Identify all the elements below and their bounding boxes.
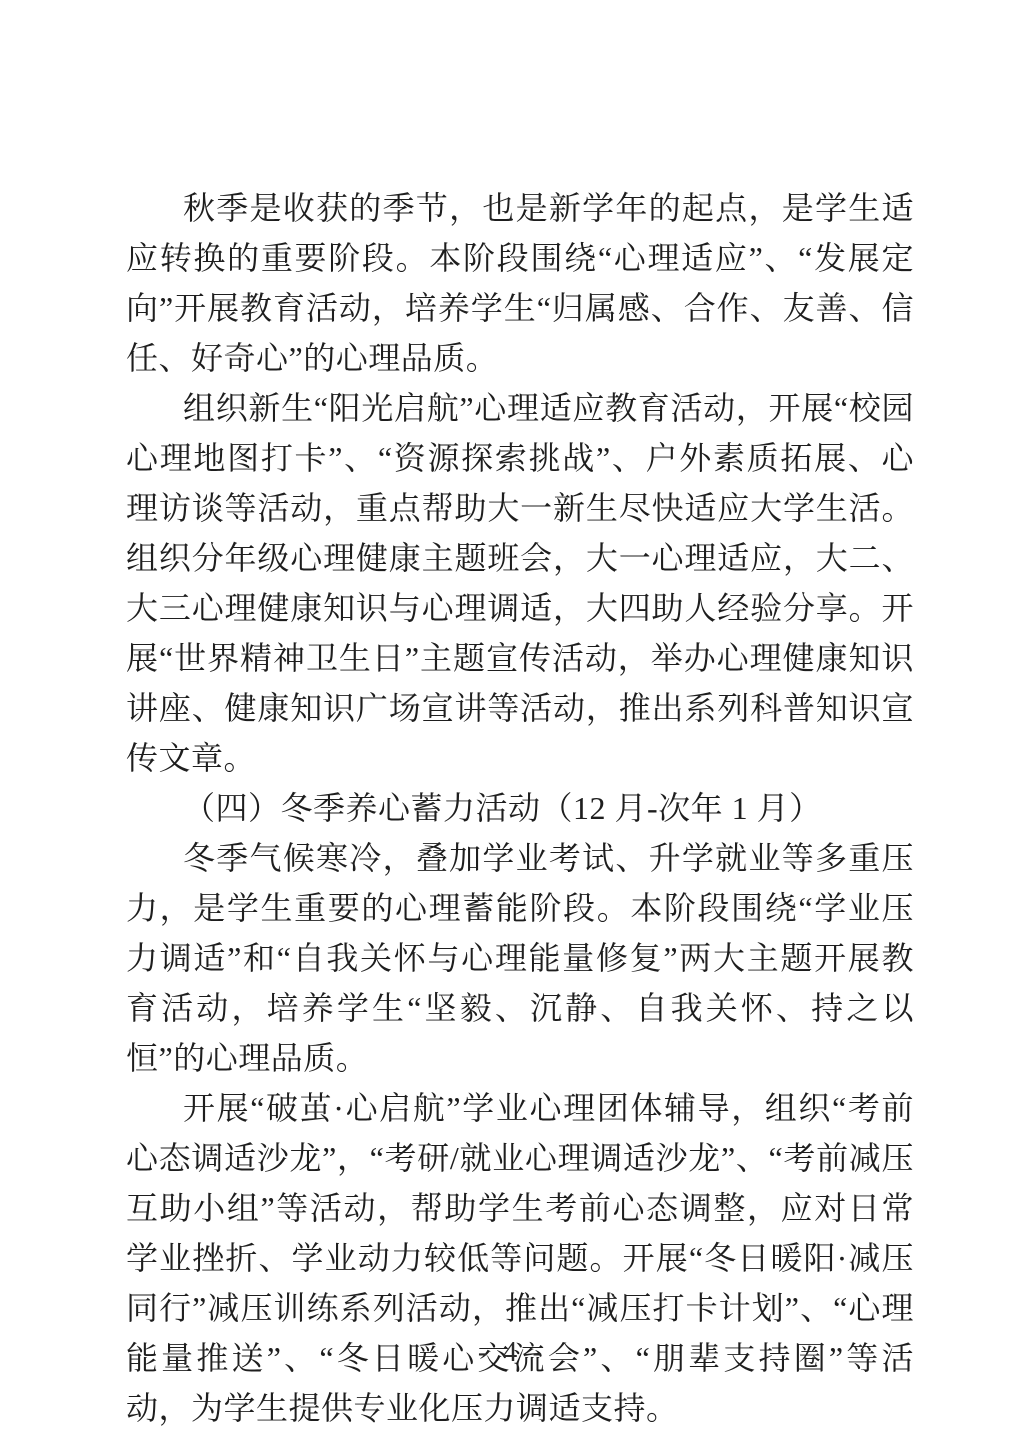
paragraph-autumn-activities: 组织新生“阳光启航”心理适应教育活动，开展“校园心理地图打卡”、“资源探索挑战”… [126, 383, 914, 783]
page-number: - 4 - [0, 1334, 1024, 1370]
section-heading-winter-activities: （四）冬季养心蓄力活动（12 月-次年 1 月） [126, 783, 914, 833]
document-body: 秋季是收获的季节，也是新学年的起点，是学生适应转换的重要阶段。本阶段围绕“心理适… [126, 183, 914, 1433]
document-page: 秋季是收获的季节，也是新学年的起点，是学生适应转换的重要阶段。本阶段围绕“心理适… [0, 0, 1024, 1448]
paragraph-autumn-overview: 秋季是收获的季节，也是新学年的起点，是学生适应转换的重要阶段。本阶段围绕“心理适… [126, 183, 914, 383]
paragraph-winter-overview: 冬季气候寒冷，叠加学业考试、升学就业等多重压力，是学生重要的心理蓄能阶段。本阶段… [126, 833, 914, 1083]
paragraph-winter-activities: 开展“破茧·心启航”学业心理团体辅导，组织“考前心态调适沙龙”，“考研/就业心理… [126, 1083, 914, 1433]
